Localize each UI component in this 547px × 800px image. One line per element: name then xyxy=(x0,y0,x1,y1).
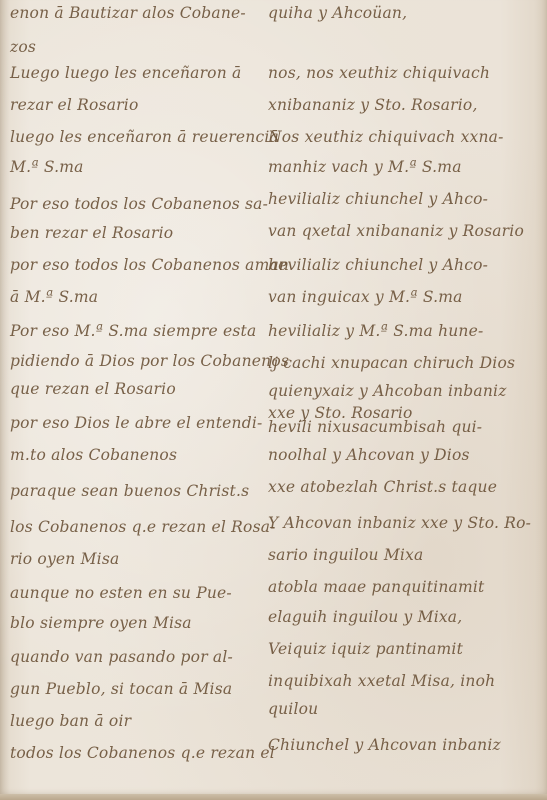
manuscript-page: enon ā Bautizar alos Cobane-zosLuego lue… xyxy=(0,0,547,800)
spanish-text-line: luego les enceñaron ā reuerenciā xyxy=(10,128,279,146)
qeqchi-text-line: xxe atobezlah Christ.s taque xyxy=(268,478,497,496)
spanish-text-line: por eso Dios le abre el entendi- xyxy=(10,414,262,432)
spanish-text-line: aunque no esten en su Pue- xyxy=(10,584,232,602)
qeqchi-text-line: hevilializ chiunchel y Ahco- xyxy=(268,190,488,208)
spanish-text-line: por eso todos los Cobanenos aman xyxy=(10,256,289,274)
qeqchi-text-line: van inguicax y M.ª S.ma xyxy=(268,288,463,306)
qeqchi-text-line: elaguih inguilou y Mixa, xyxy=(268,608,462,626)
spanish-text-line: M.ª S.ma xyxy=(10,158,84,176)
qeqchi-text-line: Y Ahcovan inbaniz xxe y Sto. Ro- xyxy=(268,514,531,532)
spanish-text-line: gun Pueblo, si tocan ā Misa xyxy=(10,680,232,698)
spanish-text-line: ben rezar el Rosario xyxy=(10,224,173,242)
qeqchi-text-line: quiha y Ahcoüan, xyxy=(268,4,407,22)
qeqchi-text-line: Veiquiz iquiz pantinamit xyxy=(268,640,463,658)
qeqchi-text-line: nos, nos xeuthiz chiquivach xyxy=(268,64,490,82)
spanish-text-line: blo siempre oyen Misa xyxy=(10,614,192,632)
spanish-text-line: ā M.ª S.ma xyxy=(10,288,98,306)
qeqchi-text-line: inquibixah xxetal Misa, inoh xyxy=(268,672,495,690)
spanish-text-line: enon ā Bautizar alos Cobane- xyxy=(10,4,246,22)
spanish-text-line: los Cobanenos q.e rezan el Rosa- xyxy=(10,518,276,536)
spanish-text-line: pidiendo ā Dios por los Cobanenos xyxy=(10,352,289,370)
spanish-text-line: zos xyxy=(10,38,36,56)
spanish-text-line: Por eso M.ª S.ma siempre esta xyxy=(10,322,256,340)
qeqchi-text-line: sario inguilou Mixa xyxy=(268,546,423,564)
qeqchi-text-line: Nos xeuthiz chiquivach xxna- xyxy=(268,128,504,146)
spanish-text-line: m.to alos Cobanenos xyxy=(10,446,177,464)
spanish-text-line: luego ban ā oir xyxy=(10,712,131,730)
qeqchi-text-line: quienyxaiz y Ahcoban inbaniz xyxy=(268,382,507,400)
qeqchi-text-line: hevilializ y M.ª S.ma hune- xyxy=(268,322,483,340)
qeqchi-text-line: xnibananiz y Sto. Rosario, xyxy=(268,96,478,114)
qeqchi-text-line: hevilializ chiunchel y Ahco- xyxy=(268,256,488,274)
qeqchi-text-line: noolhal y Ahcovan y Dios xyxy=(268,446,470,464)
spanish-text-line: todos los Cobanenos q.e rezan el xyxy=(10,744,275,762)
qeqchi-text-line: manhiz vach y M.ª S.ma xyxy=(268,158,462,176)
qeqchi-text-line: lj cachi xnupacan chiruch Dios xyxy=(268,354,515,372)
qeqchi-text-line: quilou xyxy=(268,700,318,718)
qeqchi-text-line: hevili nixusacumbisah qui- xyxy=(268,418,482,436)
page-bottom-edge xyxy=(0,794,547,800)
spanish-text-line: rio oyen Misa xyxy=(10,550,119,568)
qeqchi-text-line: Chiunchel y Ahcovan inbaniz xyxy=(268,736,501,754)
spanish-text-line: rezar el Rosario xyxy=(10,96,138,114)
spanish-text-line: Por eso todos los Cobanenos sa- xyxy=(10,195,268,213)
spanish-text-line: paraque sean buenos Christ.s xyxy=(10,482,249,500)
spanish-text-line: que rezan el Rosario xyxy=(10,380,176,398)
spanish-text-line: quando van pasando por al- xyxy=(10,648,233,666)
spanish-text-line: Luego luego les enceñaron ā xyxy=(10,64,241,82)
qeqchi-text-line: atobla maae panquitinamit xyxy=(268,578,484,596)
qeqchi-text-line: van qxetal xnibananiz y Rosario xyxy=(268,222,524,240)
